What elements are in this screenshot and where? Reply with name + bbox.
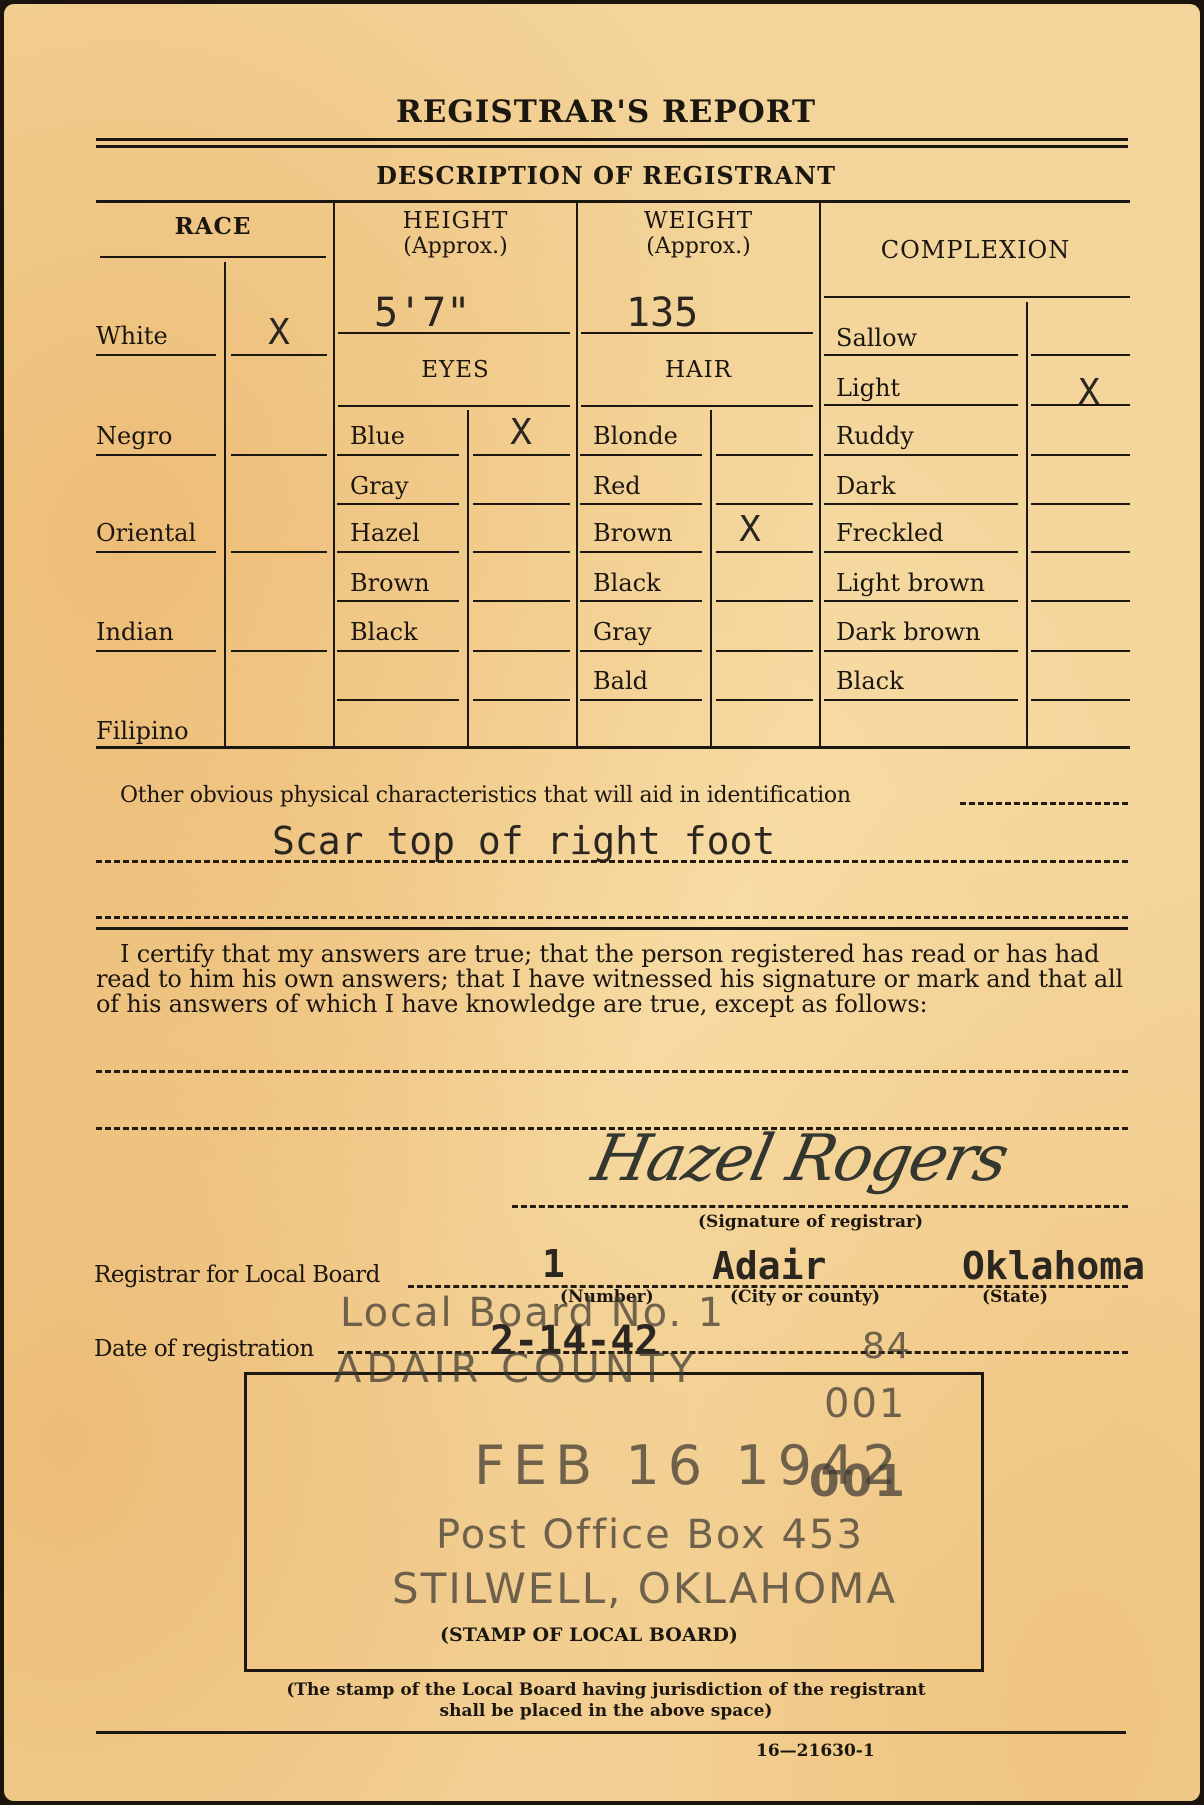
col-divider-complexion-mark — [1026, 302, 1028, 746]
registration-date-label: Date of registration — [94, 1336, 314, 1362]
row-rule — [824, 699, 1018, 701]
other-characteristics-label: Other obvious physical characteristics t… — [120, 783, 851, 808]
registrar-signature: Hazel Rogers — [586, 1122, 1013, 1196]
row-rule — [716, 503, 813, 505]
height-heading: HEIGHT — [335, 209, 576, 234]
stamp-note-line-1: (The stamp of the Local Board having jur… — [4, 1680, 1204, 1700]
local-board-label: Registrar for Local Board — [94, 1262, 380, 1288]
row-rule — [1031, 551, 1130, 553]
stamp-code-top: 001 — [824, 1381, 906, 1427]
eyes-label: Blue — [350, 422, 405, 450]
stamp-local-board: Local Board No. 1 — [340, 1290, 725, 1336]
other-line-2 — [96, 916, 1128, 919]
row-rule — [580, 600, 702, 602]
complexion-mark[interactable]: X — [1029, 372, 1149, 413]
hair-label: Bald — [593, 667, 648, 695]
row-rule — [1031, 699, 1130, 701]
section-title: DESCRIPTION OF REGISTRANT — [4, 161, 1204, 190]
stamp-address-2: STILWELL, OKLAHOMA — [392, 1564, 897, 1613]
col-divider-weight — [576, 202, 578, 746]
row-rule — [580, 503, 702, 505]
stamp-extra-number: 84 — [862, 1326, 912, 1367]
row-rule — [473, 600, 570, 602]
hair-label: Gray — [593, 618, 652, 646]
race-label: Indian — [96, 618, 174, 646]
row-rule — [1031, 600, 1130, 602]
row-rule — [1031, 650, 1130, 652]
section-rule — [96, 927, 1128, 930]
row-rule — [1031, 404, 1130, 406]
col-divider-race-mark — [224, 262, 226, 746]
race-label: White — [96, 322, 168, 350]
race-label: Filipino — [96, 717, 189, 745]
race-label: Oriental — [96, 519, 196, 547]
row-rule — [1031, 454, 1130, 456]
row-rule — [473, 503, 570, 505]
row-rule — [337, 600, 459, 602]
table-bottom-rule — [96, 746, 1130, 749]
weight-rule — [581, 332, 813, 334]
row-rule — [96, 354, 216, 356]
hair-heading-rule — [581, 405, 813, 407]
row-rule — [824, 551, 1018, 553]
title-rule-bottom — [96, 145, 1128, 148]
row-rule — [824, 600, 1018, 602]
row-rule — [580, 551, 702, 553]
race-mark[interactable]: X — [230, 312, 328, 353]
height-value: 5'7" — [374, 290, 470, 336]
row-rule — [716, 600, 813, 602]
weight-approx: (Approx.) — [578, 234, 819, 259]
stamp-code-mid: 001 — [809, 1456, 907, 1507]
row-rule — [231, 354, 327, 356]
row-rule — [824, 354, 1018, 356]
race-heading-rule — [100, 256, 326, 258]
row-rule — [337, 650, 459, 652]
row-rule — [824, 404, 1018, 406]
row-rule — [473, 551, 570, 553]
height-approx: (Approx.) — [335, 234, 576, 259]
complexion-label: Ruddy — [836, 422, 914, 450]
registration-card: REGISTRAR'S REPORT DESCRIPTION OF REGIST… — [4, 4, 1200, 1801]
hair-label: Brown — [593, 519, 673, 547]
row-rule — [96, 650, 216, 652]
exceptions-line-1 — [96, 1070, 1128, 1073]
race-heading: RACE — [100, 214, 326, 239]
certification-text: I certify that my answers are true; that… — [96, 942, 1130, 1017]
row-rule — [716, 650, 813, 652]
row-rule — [824, 650, 1018, 652]
row-rule — [1031, 354, 1130, 356]
row-rule — [231, 454, 327, 456]
local-board-number[interactable]: 1 — [542, 1242, 565, 1286]
table-top-rule — [96, 200, 1130, 203]
row-rule — [580, 650, 702, 652]
row-rule — [580, 699, 702, 701]
complexion-label: Light brown — [836, 569, 985, 597]
row-rule — [716, 699, 813, 701]
other-line-1 — [96, 860, 1128, 863]
signature-caption: (Signature of registrar) — [698, 1212, 923, 1232]
row-rule — [473, 699, 570, 701]
eyes-mark[interactable]: X — [470, 412, 572, 453]
hair-heading: HAIR — [578, 358, 819, 383]
eyes-heading: EYES — [335, 358, 576, 383]
page-title: REGISTRAR'S REPORT — [4, 94, 1204, 130]
stamp-address-1: Post Office Box 453 — [436, 1512, 864, 1558]
row-rule — [231, 551, 327, 553]
eyes-label: Black — [350, 618, 418, 646]
hair-label: Blonde — [593, 422, 678, 450]
hair-label: Red — [593, 472, 641, 500]
other-label-leader — [960, 802, 1128, 805]
row-rule — [231, 650, 327, 652]
eyes-label: Brown — [350, 569, 430, 597]
eyes-heading-rule — [338, 405, 570, 407]
complexion-label: Freckled — [836, 519, 944, 547]
local-board-county[interactable]: Adair — [712, 1244, 826, 1288]
row-rule — [473, 454, 570, 456]
title-rule-top — [96, 138, 1128, 141]
col-divider-complexion — [819, 202, 821, 746]
weight-value: 135 — [626, 290, 698, 336]
col-divider-height — [333, 202, 335, 746]
state-caption: (State) — [982, 1287, 1048, 1307]
complexion-label: Black — [836, 667, 904, 695]
weight-heading: WEIGHT — [578, 209, 819, 234]
row-rule — [716, 454, 813, 456]
complexion-label: Dark brown — [836, 618, 980, 646]
row-rule — [824, 503, 1018, 505]
local-board-state[interactable]: Oklahoma — [962, 1244, 1145, 1288]
row-rule — [473, 650, 570, 652]
row-rule — [96, 454, 216, 456]
other-characteristics-value[interactable]: Scar top of right foot — [272, 819, 775, 863]
row-rule — [337, 503, 459, 505]
row-rule — [580, 454, 702, 456]
eyes-label: Gray — [350, 472, 409, 500]
col-divider-eyes-mark — [467, 410, 469, 746]
eyes-label: Hazel — [350, 519, 420, 547]
row-rule — [824, 454, 1018, 456]
county-caption: (City or county) — [730, 1287, 880, 1307]
row-rule — [337, 699, 459, 701]
complexion-label: Sallow — [836, 324, 917, 352]
row-rule — [337, 551, 459, 553]
complexion-heading-rule — [824, 296, 1130, 298]
signature-line — [512, 1205, 1128, 1208]
footer-rule — [96, 1731, 1126, 1734]
row-rule — [337, 454, 459, 456]
row-rule — [716, 551, 813, 553]
form-number: 16—21630-1 — [756, 1741, 875, 1761]
col-divider-hair-mark — [710, 410, 712, 746]
row-rule — [1031, 503, 1130, 505]
stamp-note-line-2: shall be placed in the above space) — [4, 1701, 1204, 1721]
hair-label: Black — [593, 569, 661, 597]
complexion-label: Dark — [836, 472, 896, 500]
complexion-label: Light — [836, 374, 900, 402]
race-label: Negro — [96, 422, 173, 450]
stamp-county: ADAIR COUNTY — [334, 1346, 699, 1392]
hair-mark[interactable]: X — [713, 509, 787, 550]
row-rule — [96, 551, 216, 553]
complexion-heading: COMPLEXION — [821, 238, 1130, 263]
height-rule — [338, 332, 570, 334]
stamp-caption: (STAMP OF LOCAL BOARD) — [440, 1624, 738, 1646]
